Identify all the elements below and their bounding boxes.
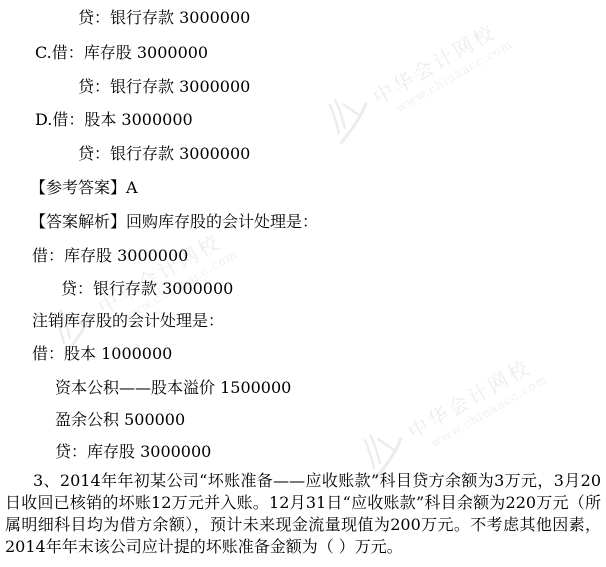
cancel-debit-share-line: 借：股本 1000000 [32,344,172,363]
cancel-intro-line: 注销库存股的会计处理是： [32,311,224,330]
cancel-credit-entry-line: 贷：库存股 3000000 [55,442,211,461]
option-c-debit-line: C.借：库存股 3000000 [35,43,208,62]
buyback-credit-entry-line: 贷：银行存款 3000000 [61,279,233,298]
option-c-credit-line: 贷：银行存款 3000000 [78,77,250,96]
cancel-debit-surplus-line: 盈余公积 500000 [55,410,185,429]
document-page: { "page": { "background": "#ffffff", "te… [0,0,606,567]
question-3-text: 3、2014年年初某公司“坏账准备——应收账款”科目贷方余额为3万元，3月20日… [5,470,601,558]
reference-answer-line: 【参考答案】A [30,178,138,197]
buyback-debit-entry-line: 借：库存股 3000000 [32,246,188,265]
cancel-debit-premium-line: 资本公积——股本溢价 1500000 [55,378,291,397]
option-d-debit-line: D.借：股本 3000000 [35,110,193,129]
analysis-intro-line: 【答案解析】回购库存股的会计处理是： [30,212,318,231]
exam-answer-document: 贷：银行存款 3000000 C.借：库存股 3000000 贷：银行存款 30… [0,0,606,567]
option-b-credit-line: 贷：银行存款 3000000 [78,8,250,27]
option-d-credit-line: 贷：银行存款 3000000 [78,144,250,163]
